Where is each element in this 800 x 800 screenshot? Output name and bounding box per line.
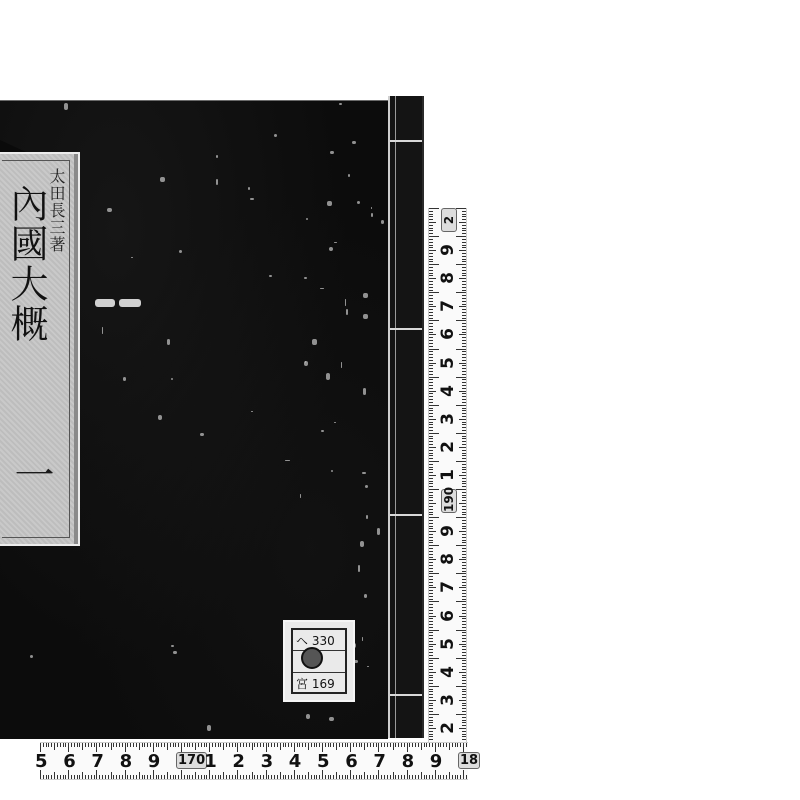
ruler-tick	[462, 301, 466, 302]
ruler-tick	[178, 775, 179, 779]
ruler-tick	[429, 514, 433, 515]
cover-wear-speck	[363, 388, 366, 394]
ruler-tick	[195, 743, 196, 750]
ruler-tick	[429, 548, 433, 549]
ruler-tick	[462, 247, 466, 248]
ruler-tick	[459, 250, 466, 251]
ruler-tick	[462, 635, 466, 636]
cover-wear-speck	[363, 293, 368, 298]
ruler-tick	[223, 743, 224, 750]
ruler-tick	[429, 630, 439, 631]
cover-wear-speck	[364, 594, 367, 598]
ruler-tick	[235, 775, 236, 779]
ruler-tick	[429, 644, 436, 645]
ruler-tick	[429, 472, 433, 473]
ruler-tick	[462, 483, 466, 484]
ruler-tick	[463, 770, 464, 779]
ruler-tick	[429, 430, 433, 431]
ruler-label: 7	[373, 751, 386, 772]
ruler-tick	[462, 534, 466, 535]
ruler-tick	[462, 453, 466, 454]
ruler-tick	[429, 247, 433, 248]
ruler-tick	[462, 216, 466, 217]
ruler-tick	[462, 430, 466, 431]
ruler-tick	[426, 775, 427, 779]
ruler-tick	[429, 545, 439, 546]
ruler-label: 6	[438, 323, 458, 345]
cover-wear-speck	[171, 645, 174, 647]
ruler-tick	[462, 641, 466, 642]
ruler-tick	[429, 447, 436, 448]
ruler-tick	[459, 672, 466, 673]
ruler-tick	[459, 503, 466, 504]
ruler-tick	[460, 775, 461, 779]
ruler-label: 2	[438, 436, 458, 458]
ruler-tick	[88, 775, 89, 779]
ruler-tick	[381, 775, 382, 779]
vertical-measuring-ruler: 298765432119098765432	[428, 208, 467, 742]
ruler-tick	[229, 743, 230, 747]
ruler-tick	[462, 481, 466, 482]
ruler-tick	[54, 743, 55, 750]
ruler-tick	[429, 284, 433, 285]
ruler-tick	[429, 540, 433, 541]
ruler-tick	[460, 743, 461, 747]
ruler-tick	[263, 775, 264, 779]
ruler-tick	[130, 743, 131, 747]
ruler-tick	[462, 540, 466, 541]
ruler-label: 9	[430, 751, 443, 772]
cover-wear-speck	[365, 485, 367, 488]
cover-wear-speck	[173, 651, 176, 655]
ruler-tick	[429, 458, 433, 459]
ruler-tick	[429, 393, 433, 394]
ruler-tick	[429, 686, 439, 687]
ruler-tick	[462, 312, 466, 313]
ruler-tick	[429, 655, 433, 656]
cover-wear-speck	[306, 218, 308, 219]
ruler-tick	[429, 689, 433, 690]
ruler-tick	[429, 405, 439, 406]
ruler-tick	[376, 775, 377, 779]
ruler-tick	[462, 652, 466, 653]
ruler-tick	[459, 447, 466, 448]
ruler-tick	[462, 337, 466, 338]
ruler-tick	[274, 743, 275, 747]
ruler-tick	[192, 743, 193, 747]
ruler-tick	[127, 743, 128, 747]
ruler-tick	[136, 743, 137, 747]
ruler-tick	[302, 743, 303, 747]
cover-wear-speck	[248, 187, 250, 191]
ruler-tick	[243, 743, 244, 747]
ruler-tick	[429, 728, 436, 729]
ruler-tick	[462, 708, 466, 709]
ruler-tick	[429, 256, 433, 257]
ruler-tick	[462, 599, 466, 600]
ruler-tick	[181, 770, 182, 779]
ruler-tick	[280, 772, 281, 779]
ruler-tick	[462, 329, 466, 330]
ruler-tick	[257, 743, 258, 747]
ruler-tick	[429, 326, 433, 327]
ruler-tick	[429, 680, 433, 681]
ruler-tick	[144, 775, 145, 779]
ruler-tick	[285, 775, 286, 779]
ruler-tick	[316, 775, 317, 779]
cover-wear-speck	[131, 257, 133, 258]
ruler-tick	[82, 743, 83, 750]
binding-stitch	[390, 328, 422, 330]
ruler-tick	[429, 337, 433, 338]
ruler-tick	[429, 323, 433, 324]
ruler-tick	[426, 743, 427, 747]
ruler-tick	[429, 422, 433, 423]
ruler-tick	[462, 385, 466, 386]
cover-wear-speck	[300, 494, 301, 497]
ruler-tick	[48, 775, 49, 779]
ruler-tick	[395, 775, 396, 779]
ruler-tick	[133, 775, 134, 779]
ruler-tick	[462, 368, 466, 369]
ruler-tick	[429, 697, 433, 698]
ruler-tick	[187, 775, 188, 779]
ruler-tick	[314, 775, 315, 779]
binding-stitch	[390, 694, 422, 696]
ruler-tick	[285, 743, 286, 747]
cover-wear-speck	[367, 666, 369, 667]
ruler-tick	[226, 743, 227, 747]
ruler-label: 3	[438, 689, 458, 711]
ruler-tick	[409, 775, 410, 779]
cover-wear-speck	[320, 288, 324, 290]
ruler-tick	[429, 354, 433, 355]
ruler-tick	[462, 408, 466, 409]
cover-wear-speck	[341, 362, 342, 368]
ruler-tick	[429, 520, 433, 521]
ruler-tick	[462, 506, 466, 507]
ruler-tick	[462, 492, 466, 493]
ruler-tick	[462, 281, 466, 282]
ruler-tick	[462, 604, 466, 605]
ruler-tick	[462, 245, 466, 246]
ruler-tick	[429, 408, 433, 409]
ruler-tick	[462, 537, 466, 538]
ruler-tick	[226, 775, 227, 779]
cover-wear-speck	[345, 299, 346, 306]
ruler-tick	[462, 239, 466, 240]
ruler-tick	[429, 399, 433, 400]
ruler-tick	[443, 743, 444, 747]
ruler-tick	[462, 410, 466, 411]
ruler-tick	[462, 422, 466, 423]
ruler-tick	[429, 613, 433, 614]
ruler-tick	[116, 775, 117, 779]
ruler-tick	[398, 743, 399, 747]
library-call-number-label: ヘ 330 宮 169	[283, 620, 355, 702]
ruler-tick	[462, 444, 466, 445]
ruler-tick	[364, 772, 365, 779]
ruler-tick	[429, 669, 433, 670]
ruler-tick	[462, 374, 466, 375]
ruler-tick	[462, 323, 466, 324]
ruler-tick	[302, 775, 303, 779]
ruler-tick	[459, 363, 466, 364]
ruler-tick	[429, 601, 439, 602]
ruler-tick	[429, 720, 433, 721]
ruler-tick	[429, 610, 433, 611]
ruler-tick	[170, 775, 171, 779]
ruler-tick	[232, 775, 233, 779]
ruler-tick	[462, 646, 466, 647]
ruler-tick	[147, 775, 148, 779]
ruler-label: 5	[438, 352, 458, 374]
ruler-tick	[429, 478, 433, 479]
ruler-tick	[373, 775, 374, 779]
ruler-label: 6	[438, 605, 458, 627]
title-slip: 太田長三著 內國大概 一	[0, 152, 80, 546]
ruler-tick	[462, 455, 466, 456]
cover-wear-speck	[250, 198, 254, 200]
ruler-label: 4	[289, 751, 302, 772]
ruler-tick	[277, 775, 278, 779]
ruler-tick	[291, 743, 292, 747]
ruler-tick	[71, 775, 72, 779]
ruler-tick	[429, 500, 433, 501]
ruler-tick	[429, 261, 433, 262]
ruler-tick	[429, 467, 433, 468]
ruler-label: 8	[438, 548, 458, 570]
ruler-tick	[457, 743, 458, 747]
ruler-tick	[288, 775, 289, 779]
ruler-tick	[277, 743, 278, 747]
ruler-tick	[359, 775, 360, 779]
ruler-tick	[395, 743, 396, 747]
ruler-tick	[85, 743, 86, 747]
ruler-tick	[65, 743, 66, 747]
cover-wear-speck	[357, 201, 360, 205]
ruler-tick	[280, 743, 281, 750]
cover-wear-speck	[216, 179, 219, 185]
ruler-tick	[429, 450, 433, 451]
ruler-tick	[252, 743, 253, 750]
ruler-tick	[429, 214, 433, 215]
ruler-tick	[139, 743, 140, 750]
ruler-tick	[429, 627, 433, 628]
ruler-tick	[429, 734, 433, 735]
binding-stitch	[390, 140, 422, 142]
ruler-tick	[429, 725, 433, 726]
ruler-tick	[462, 691, 466, 692]
ruler-tick	[161, 743, 162, 747]
ruler-tick	[429, 374, 433, 375]
ruler-tick	[462, 677, 466, 678]
ruler-tick	[356, 743, 357, 747]
cover-wear-speck	[326, 373, 330, 380]
ruler-tick	[429, 469, 433, 470]
ruler-tick	[456, 208, 466, 209]
ruler-tick	[429, 270, 433, 271]
ruler-tick	[429, 641, 433, 642]
ruler-tick	[459, 728, 466, 729]
ruler-tick	[347, 775, 348, 779]
ruler-tick	[462, 554, 466, 555]
ruler-tick	[195, 772, 196, 779]
ruler-tick	[462, 624, 466, 625]
ruler-tick	[462, 562, 466, 563]
ruler-tick	[91, 775, 92, 779]
ruler-tick	[429, 604, 433, 605]
ruler-tick	[119, 743, 120, 747]
ruler-tick	[456, 320, 466, 321]
ruler-tick	[77, 775, 78, 779]
ruler-tick	[263, 743, 264, 747]
ruler-tick	[187, 743, 188, 747]
ruler-tick	[429, 427, 433, 428]
ruler-tick	[54, 772, 55, 779]
ruler-tick	[429, 585, 433, 586]
cover-wear-speck	[346, 309, 348, 315]
ruler-label: 5	[35, 751, 48, 772]
cover-wear-speck	[274, 134, 276, 138]
ruler-label: 8	[120, 751, 133, 772]
cover-wear-speck	[334, 242, 337, 243]
ruler-tick	[429, 461, 439, 462]
ruler-label: 9	[438, 239, 458, 261]
ruler-tick	[429, 677, 433, 678]
ruler-tick	[271, 775, 272, 779]
ruler-tick	[429, 717, 433, 718]
ruler-tick	[429, 646, 433, 647]
ruler-tick	[446, 775, 447, 779]
ruler-tick	[412, 775, 413, 779]
ruler-tick	[429, 357, 433, 358]
ruler-tick	[212, 775, 213, 779]
ruler-tick	[462, 542, 466, 543]
ruler-tick	[429, 410, 433, 411]
ruler-tick	[158, 775, 159, 779]
ruler-tick	[462, 357, 466, 358]
ruler-tick	[462, 725, 466, 726]
ruler-tick	[63, 775, 64, 779]
ruler-tick	[462, 736, 466, 737]
ruler-tick	[158, 743, 159, 747]
ruler-tick	[206, 743, 207, 747]
ruler-tick	[429, 230, 433, 231]
cover-wear-speck	[64, 103, 68, 110]
ruler-tick	[429, 402, 433, 403]
ruler-tick	[429, 599, 433, 600]
ruler-tick	[63, 743, 64, 747]
ruler-tick	[212, 743, 213, 747]
cover-wear-speck	[331, 470, 334, 472]
ruler-tick	[429, 565, 433, 566]
ruler-tick	[429, 635, 433, 636]
ruler-tick	[398, 775, 399, 779]
ruler-tick	[299, 743, 300, 747]
ruler-tick	[429, 287, 433, 288]
ruler-tick	[462, 298, 466, 299]
ruler-tick	[336, 743, 337, 750]
ruler-tick	[283, 775, 284, 779]
ruler-tick	[462, 441, 466, 442]
ruler-tick	[173, 743, 174, 747]
ruler-tick	[459, 475, 466, 476]
ruler-tick	[459, 334, 466, 335]
ruler-tick	[429, 396, 433, 397]
ruler-tick	[462, 309, 466, 310]
ruler-tick	[429, 700, 436, 701]
ruler-tick	[57, 743, 58, 747]
ruler-tick	[204, 743, 205, 747]
ruler-tick	[336, 772, 337, 779]
cover-wear-speck	[207, 725, 211, 731]
ruler-tick	[429, 528, 433, 529]
ruler-tick	[429, 495, 433, 496]
ruler-tick	[91, 743, 92, 747]
ruler-tick	[297, 775, 298, 779]
ruler-tick	[462, 512, 466, 513]
ruler-tick	[387, 775, 388, 779]
cover-wear-speck	[285, 460, 290, 461]
ruler-tick	[462, 290, 466, 291]
ruler-tick	[218, 775, 219, 779]
ruler-tick	[462, 526, 466, 527]
ruler-tick	[330, 743, 331, 747]
ruler-label: 6	[63, 751, 76, 772]
ruler-tick	[429, 537, 433, 538]
ruler-tick	[462, 388, 466, 389]
ruler-tick	[353, 775, 354, 779]
ruler-tick	[438, 775, 439, 779]
cover-wear-speck	[123, 377, 126, 381]
ruler-tick	[404, 775, 405, 779]
ruler-tick	[429, 306, 436, 307]
ruler-tick	[122, 775, 123, 779]
ruler-tick	[456, 264, 466, 265]
ruler-tick	[462, 675, 466, 676]
ruler-tick	[325, 775, 326, 779]
ruler-tick	[462, 509, 466, 510]
ruler-tick	[260, 775, 261, 779]
ruler-tick	[161, 775, 162, 779]
ruler-tick	[46, 743, 47, 747]
cover-wear-speck	[102, 327, 103, 333]
ruler-label: 4	[438, 661, 458, 683]
ruler-tick	[429, 632, 433, 633]
ruler-tick	[462, 242, 466, 243]
ruler-tick	[429, 517, 439, 518]
ruler-label: 170	[176, 752, 207, 769]
ruler-tick	[429, 554, 433, 555]
ruler-tick	[429, 551, 433, 552]
ruler-tick	[462, 393, 466, 394]
ruler-tick	[319, 743, 320, 747]
ruler-tick	[164, 775, 165, 779]
ruler-tick	[459, 419, 466, 420]
ruler-tick	[79, 775, 80, 779]
ruler-tick	[462, 464, 466, 465]
ruler-tick	[456, 405, 466, 406]
ruler-tick	[462, 731, 466, 732]
ruler-tick	[108, 775, 109, 779]
ruler-tick	[462, 379, 466, 380]
ruler-tick	[462, 660, 466, 661]
ruler-tick	[192, 775, 193, 779]
cover-wear-speck	[179, 250, 182, 253]
ruler-tick	[440, 775, 441, 779]
ruler-tick	[347, 743, 348, 747]
